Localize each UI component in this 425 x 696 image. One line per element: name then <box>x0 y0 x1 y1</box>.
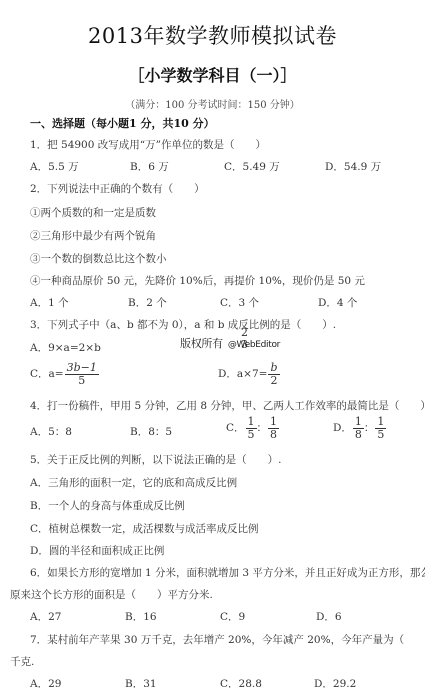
q1-option-d: D．54.9 万 <box>325 159 381 174</box>
q2-statement-3: ③一个数的倒数总比这个数小 <box>30 251 167 266</box>
watermark: 版权所有@WebEditor <box>180 335 280 351</box>
q4-d-colon: ： <box>364 422 375 434</box>
q1-option-b: B．6 万 <box>130 159 169 174</box>
q2-statement-2: ②三角形中最少有两个锐角 <box>30 228 156 243</box>
question-6-stem-line1: 6．如果长方形的宽增加 1 分米，面积就增加 3 平方分米，并且正好成为正方形，… <box>30 565 425 580</box>
q7-option-a: A．29 <box>30 676 61 691</box>
watermark-en: @WebEditor <box>228 340 280 350</box>
question-6-stem-line2: 原来这个长方形的面积是（ ）平方分米. <box>10 587 213 602</box>
q5-option-d: D．圆的半径和面积成正比例 <box>30 543 164 558</box>
q4-c-d1: 5 <box>246 429 257 441</box>
q4-option-b: B．8：5 <box>130 424 172 439</box>
q4-d-n1: 1 <box>353 416 364 429</box>
q4-c-prefix: C． <box>226 422 245 434</box>
q5-option-c: C．植树总棵数一定，成活棵数与成活率成反比例 <box>30 521 259 536</box>
q4-option-d: D．18：15 <box>333 416 386 440</box>
q4-c-d2: 8 <box>268 429 279 441</box>
q3-d-numerator: b <box>268 362 279 375</box>
q5-option-b: B．一个人的身高与体重成反比例 <box>30 498 185 513</box>
exam-subject: ［小学数学科目（一）］ <box>0 63 425 86</box>
question-7-stem-line2: 千克. <box>10 654 34 669</box>
q6-option-a: A．27 <box>30 609 61 624</box>
q1-option-a: A．5.5 万 <box>30 159 79 174</box>
q3-c-numerator: 3b−1 <box>65 362 99 375</box>
q7-option-d: D．29.2 <box>314 676 356 691</box>
question-2-stem: 2．下列说法中正确的个数有（ ） <box>30 181 205 196</box>
question-3-stem: 3．下列式子中（a、b 都不为 0），a 和 b 成反比例的是（ ）. <box>30 317 336 332</box>
q4-d-fraction-1: 18 <box>353 416 364 440</box>
q4-c-fraction-1: 15 <box>246 416 257 440</box>
q2-option-c: C．3 个 <box>220 295 259 310</box>
q2-option-a: A．1 个 <box>30 295 69 310</box>
question-4-stem: 4．打一份稿件，甲用 5 分钟，乙用 8 分钟，甲、乙两人工作效率的最简比是（ … <box>30 398 425 413</box>
q2-option-d: D．4 个 <box>318 295 357 310</box>
q6-option-d: D．6 <box>316 609 342 624</box>
q7-option-c: C．28.8 <box>220 676 262 691</box>
question-1-stem: 1．把 54900 改写成用“万”作单位的数是（ ） <box>30 137 266 152</box>
question-7-stem-line1: 7．某村前年产苹果 30 万千克，去年增产 20%，今年减产 20%，今年产量为… <box>30 632 425 647</box>
q2-option-b: B．2 个 <box>128 295 167 310</box>
q4-d-d2: 5 <box>375 429 386 441</box>
q1-option-c: C．5.49 万 <box>224 159 280 174</box>
q4-option-c: C．15：18 <box>226 416 279 440</box>
q6-option-b: B．16 <box>125 609 157 624</box>
watermark-cn: 版权所有 <box>180 337 223 350</box>
q3-d-prefix: D．a×7= <box>218 368 267 380</box>
q4-c-n2: 1 <box>268 416 279 429</box>
q3-c-denominator: 5 <box>76 375 87 387</box>
q4-d-fraction-2: 15 <box>375 416 386 440</box>
q3-option-c: C．a=3b−15 <box>30 362 99 386</box>
q4-d-prefix: D． <box>333 422 352 434</box>
q3-option-d: D．a×7=b2 <box>218 362 280 386</box>
q4-option-a: A．5：8 <box>30 424 72 439</box>
q4-c-colon: ： <box>257 422 268 434</box>
q5-option-a: A．三角形的面积一定，它的底和高成反比例 <box>30 475 237 490</box>
q3-c-fraction: 3b−15 <box>65 362 99 386</box>
q2-statement-4: ④一种商品原价 50 元，先降价 10%后，再提价 10%，现价仍是 50 元 <box>30 273 365 288</box>
q4-c-n1: 1 <box>246 416 257 429</box>
question-5-stem: 5．关于正反比例的判断，以下说法正确的是（ ）. <box>30 452 282 467</box>
q3-d-fraction: b2 <box>268 362 279 386</box>
q4-c-fraction-2: 18 <box>268 416 279 440</box>
q6-option-c: C．9 <box>220 609 245 624</box>
q3-c-prefix: C．a= <box>30 368 64 380</box>
q2-statement-1: ①两个质数的和一定是质数 <box>30 205 156 220</box>
score-info: （满分：100 分考试时间：150 分钟） <box>0 96 425 111</box>
q3-option-a: A．9×a=2×b <box>30 340 101 355</box>
section-heading: 一、选择题（每小题1 分，共10 分） <box>30 115 215 131</box>
exam-title: 2013年数学教师模拟试卷 <box>0 20 425 50</box>
q7-option-b: B．31 <box>125 676 157 691</box>
q4-d-d1: 8 <box>353 429 364 441</box>
q4-d-n2: 1 <box>375 416 386 429</box>
q3-d-denominator: 2 <box>268 375 279 387</box>
